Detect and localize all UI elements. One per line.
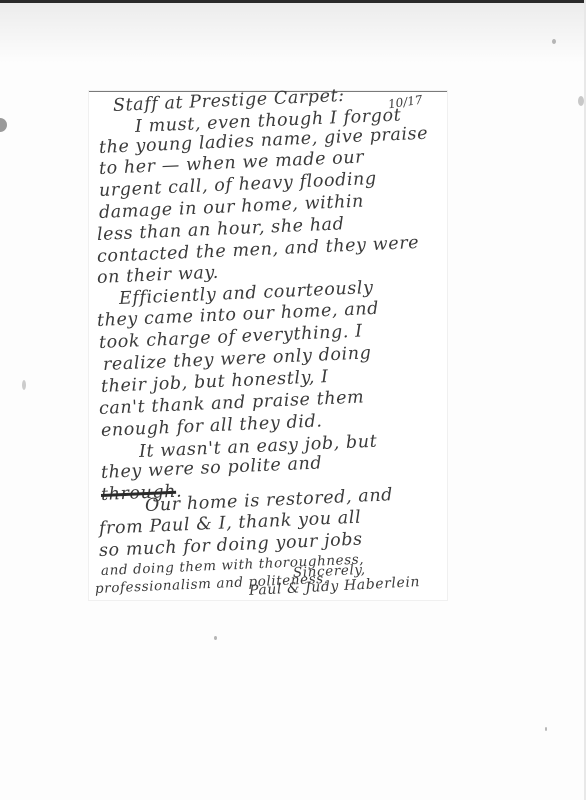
scan-speck (545, 727, 547, 731)
scan-hole-mark (0, 118, 7, 132)
scan-speck (552, 39, 556, 44)
scan-shadow (0, 3, 586, 63)
letter-card: Staff at Prestige Carpet: 10/17 I must, … (89, 91, 447, 600)
scan-speck (578, 96, 584, 106)
letter-line: on their way. (97, 263, 220, 288)
letter-line: they were so polite and (101, 453, 323, 483)
scan-speck (22, 380, 26, 390)
scan-speck (214, 636, 217, 640)
